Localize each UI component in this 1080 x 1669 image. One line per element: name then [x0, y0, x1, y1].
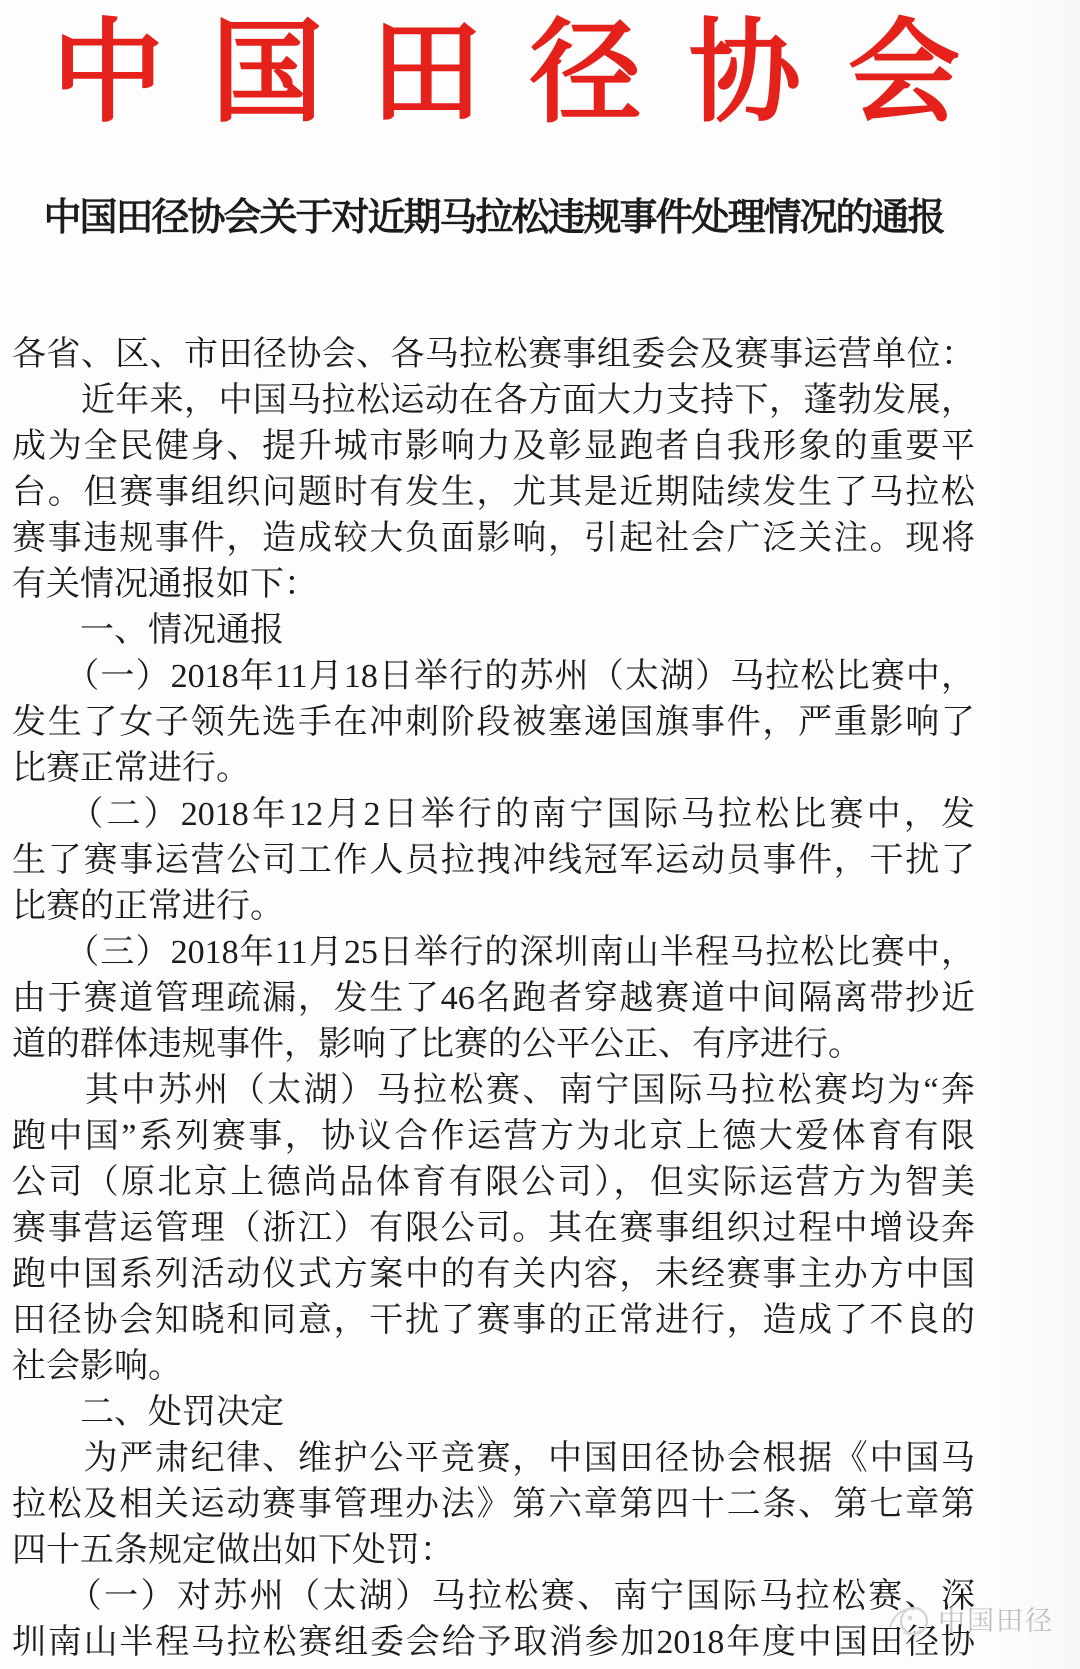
body-text-line: 跑中国”系列赛事，协议合作运营方为北京上德大爱体育有限 — [12, 1114, 975, 1160]
body-text-line: 有关情况通报如下： — [12, 562, 975, 608]
document-body: 各省、区、市田径协会、各马拉松赛事组委会及赛事运营单位： 近年来，中国马拉松运动… — [12, 332, 975, 1666]
org-masthead-char: 径 — [530, 14, 642, 135]
body-text-line: 公司（原北京上德尚品体育有限公司），但实际运营方为智美 — [12, 1160, 975, 1206]
body-text-line: 其中苏州（太湖）马拉松赛、南宁国际马拉松赛均为“奔 — [12, 1068, 975, 1114]
org-masthead-char: 协 — [689, 14, 801, 135]
body-text-line: 台。但赛事组织问题时有发生，尤其是近期陆续发生了马拉松 — [12, 470, 975, 516]
org-masthead-char: 国 — [211, 14, 323, 135]
body-text-line: 近年来，中国马拉松运动在各方面大力支持下，蓬勃发展， — [12, 378, 975, 424]
org-masthead-char: 田 — [370, 14, 482, 135]
document-title: 中国田径协会关于对近期马拉松违规事件处理情况的通报 — [12, 186, 975, 241]
body-text-line: 跑中国系列活动仪式方案中的有关内容，未经赛事主办方中国 — [12, 1252, 975, 1298]
org-masthead: 中国田径协会 — [52, 14, 960, 135]
body-text-line: 比赛的正常进行。 — [12, 884, 975, 930]
body-text-line: 圳南山半程马拉松赛组委会给予取消参加2018年度中国田径协 — [12, 1620, 975, 1666]
org-masthead-char: 中 — [52, 14, 164, 135]
body-text-line: 发生了女子领先选手在冲刺阶段被塞递国旗事件，严重影响了 — [12, 700, 975, 746]
body-text-line: 四十五条规定做出如下处罚： — [12, 1528, 975, 1574]
body-text-line: （三）2018年11月25日举行的深圳南山半程马拉松比赛中， — [12, 930, 975, 976]
body-text-line: （一）对苏州（太湖）马拉松赛、南宁国际马拉松赛、深 — [12, 1574, 975, 1620]
body-text-line: 比赛正常进行。 — [12, 746, 975, 792]
body-text-line: 赛事违规事件，造成较大负面影响，引起社会广泛关注。现将 — [12, 516, 975, 562]
body-text-line: 各省、区、市田径协会、各马拉松赛事组委会及赛事运营单位： — [12, 332, 975, 378]
body-text-line: 赛事营运管理（浙江）有限公司。其在赛事组织过程中增设奔 — [12, 1206, 975, 1252]
scan-edge-shading — [990, 0, 1080, 1669]
body-text-line: 生了赛事运营公司工作人员拉拽冲线冠军运动员事件，干扰了 — [12, 838, 975, 884]
org-masthead-char: 会 — [848, 14, 960, 135]
body-text-line: 一、情况通报 — [12, 608, 975, 654]
body-text-line: 为严肃纪律、维护公平竞赛，中国田径协会根据《中国马 — [12, 1436, 975, 1482]
body-text-line: 社会影响。 — [12, 1344, 975, 1390]
body-text-line: （一）2018年11月18日举行的苏州（太湖）马拉松比赛中， — [12, 654, 975, 700]
body-text-line: 由于赛道管理疏漏，发生了46名跑者穿越赛道中间隔离带抄近 — [12, 976, 975, 1022]
body-text-line: 拉松及相关运动赛事管理办法》第六章第四十二条、第七章第 — [12, 1482, 975, 1528]
body-text-line: 二、处罚决定 — [12, 1390, 975, 1436]
body-text-line: 田径协会知晓和同意，干扰了赛事的正常进行，造成了不良的 — [12, 1298, 975, 1344]
body-text-line: 成为全民健身、提升城市影响力及彰显跑者自我形象的重要平 — [12, 424, 975, 470]
body-text-line: 道的群体违规事件，影响了比赛的公平公正、有序进行。 — [12, 1022, 975, 1068]
body-text-line: （二）2018年12月2日举行的南宁国际马拉松比赛中，发 — [12, 792, 975, 838]
